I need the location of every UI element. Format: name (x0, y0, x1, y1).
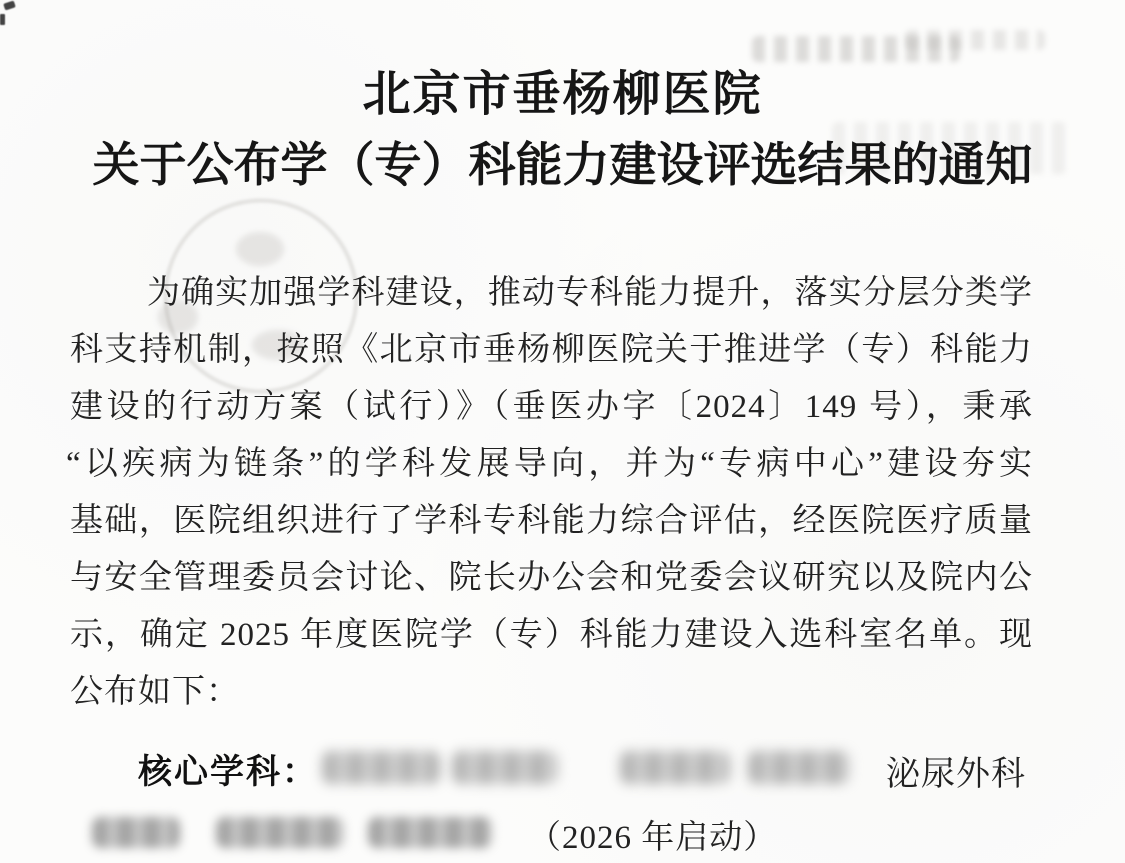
redacted-text-blur (748, 751, 850, 784)
body-line: 为确实加强学科建设，推动专科能力提升，落实分层分类学 (70, 272, 1033, 316)
body-line: 基础，医院组织进行了学科专科能力综合评估，经医院医疗质量 (70, 500, 1033, 544)
redacted-text-blur (92, 817, 180, 848)
stamp-ghost-smudge (236, 232, 284, 266)
scanned-document-page: 北京市垂杨柳医院 关于公布学（专）科能力建设评选结果的通知 为确实加强学科建设，… (0, 0, 1125, 863)
scan-artifact (0, 14, 5, 25)
redacted-text-blur (368, 817, 492, 848)
visible-discipline-name: 泌尿外科 (886, 746, 1026, 795)
start-year-note: （2026 年启动） (528, 811, 777, 858)
body-line: 公布如下： (70, 671, 240, 715)
redacted-text-blur (322, 751, 440, 784)
body-line: 示，确定 2025 年度医院学（专）科能力建设入选科室名单。现 (70, 614, 1033, 658)
bleed-through-text (905, 30, 1045, 50)
document-title-line2: 关于公布学（专）科能力建设评选结果的通知 (0, 128, 1125, 195)
redacted-text-blur (620, 751, 730, 784)
scan-artifact (3, 0, 16, 10)
body-line: “以疾病为链条”的学科发展导向，并为“专病中心”建设夯实 (66, 443, 1033, 487)
body-line: 建设的行动方案（试行）》（垂医办字〔2024〕149 号），秉承 (70, 386, 1033, 430)
body-line: 科支持机制，按照《北京市垂杨柳医院关于推进学（专）科能力 (70, 329, 1033, 373)
core-disciplines-label: 核心学科： (138, 744, 318, 793)
redacted-text-blur (216, 817, 344, 848)
document-title-line1: 北京市垂杨柳医院 (0, 55, 1125, 124)
body-line: 与安全管理委员会讨论、院长办公会和党委会议研究以及院内公 (70, 557, 1033, 601)
redacted-text-blur (452, 751, 558, 784)
